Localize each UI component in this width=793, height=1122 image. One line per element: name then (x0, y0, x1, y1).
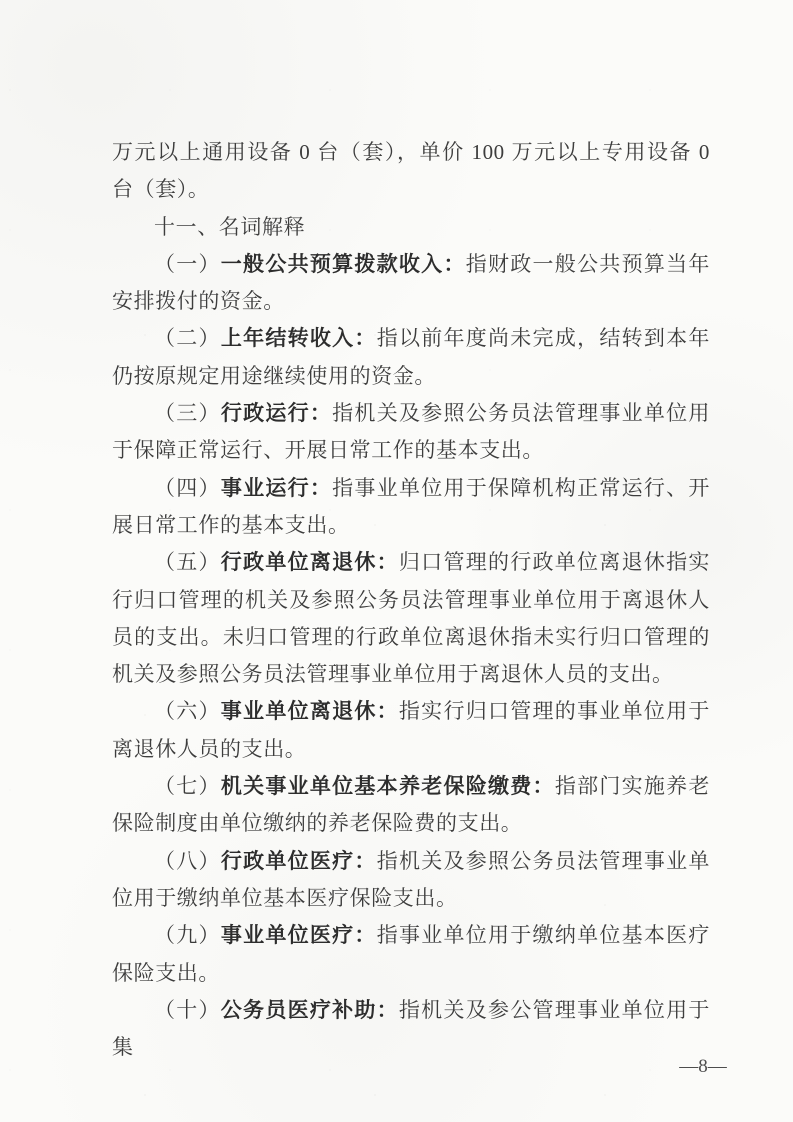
term-name: 公务员医疗补助： (221, 999, 399, 1022)
term-paragraph-3: （三）行政运行：指机关及参照公务员法管理事业单位用于保障正常运行、开展日常工作的… (112, 395, 710, 470)
term-index: （七） (154, 774, 221, 798)
term-paragraph-7: （七）机关事业单位基本养老保险缴费：指部门实施养老保险制度由单位缴纳的养老保险费… (112, 768, 710, 843)
term-index: （六） (154, 699, 221, 723)
continuation-text: 万元以上通用设备 0 台（套），单价 100 万元以上专用设备 0 台（套）。 (112, 140, 710, 201)
term-paragraph-8: （八）行政单位医疗：指机关及参照公务员法管理事业单位用于缴纳单位基本医疗保险支出… (112, 843, 710, 918)
term-paragraph-10: （十）公务员医疗补助：指机关及参公管理事业单位用于集 (112, 992, 710, 1067)
term-paragraph-9: （九）事业单位医疗：指事业单位用于缴纳单位基本医疗保险支出。 (112, 917, 710, 992)
term-index: （三） (154, 401, 221, 425)
term-name: 一般公共预算拨款收入： (221, 253, 466, 276)
page-number: —8— (648, 1056, 758, 1078)
term-paragraph-6: （六）事业单位离退休：指实行归口管理的事业单位用于离退休人员的支出。 (112, 693, 710, 768)
term-name: 行政单位医疗： (221, 850, 377, 873)
term-paragraph-2: （二）上年结转收入：指以前年度尚未完成，结转到本年仍按原规定用途继续使用的资金。 (112, 320, 710, 395)
term-paragraph-1: （一）一般公共预算拨款收入：指财政一般公共预算当年安排拨付的资金。 (112, 246, 710, 321)
term-index: （一） (154, 252, 221, 276)
term-name: 行政运行： (221, 402, 332, 425)
term-index: （二） (154, 326, 221, 350)
term-name: 机关事业单位基本养老保险缴费： (221, 775, 555, 798)
term-index: （十） (154, 998, 221, 1022)
term-name: 上年结转收入： (221, 327, 377, 350)
term-index: （五） (154, 550, 221, 574)
continuation-paragraph: 万元以上通用设备 0 台（套），单价 100 万元以上专用设备 0 台（套）。 (112, 134, 710, 209)
scanned-document-page: 万元以上通用设备 0 台（套），单价 100 万元以上专用设备 0 台（套）。 … (0, 0, 793, 1122)
term-paragraph-5: （五）行政单位离退休：归口管理的行政单位离退休指实行归口管理的机关及参照公务员法… (112, 544, 710, 693)
section-heading: 十一、名词解释 (112, 209, 710, 246)
term-name: 行政单位离退休： (221, 551, 399, 574)
document-body: 万元以上通用设备 0 台（套），单价 100 万元以上专用设备 0 台（套）。 … (112, 134, 710, 1066)
term-name: 事业单位离退休： (221, 700, 399, 723)
term-index: （八） (154, 849, 221, 873)
term-paragraph-4: （四）事业运行：指事业单位用于保障机构正常运行、开展日常工作的基本支出。 (112, 470, 710, 545)
term-name: 事业运行： (221, 477, 332, 500)
term-index: （九） (154, 923, 221, 947)
term-name: 事业单位医疗： (221, 924, 377, 947)
term-index: （四） (154, 476, 221, 500)
